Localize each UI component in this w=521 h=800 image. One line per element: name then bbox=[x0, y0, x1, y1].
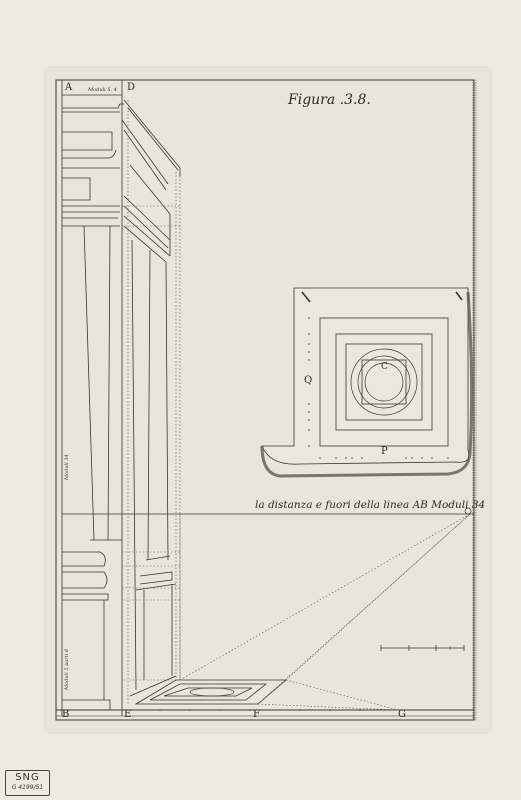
top-modules-note: Moduli 5. 4 bbox=[88, 88, 117, 93]
label-b: B bbox=[62, 710, 69, 720]
label-d: D bbox=[127, 83, 135, 93]
collection-stamp: SNG G 4199/51 bbox=[5, 770, 50, 796]
label-f: F bbox=[253, 710, 260, 720]
side-modules-note: Moduli 34 bbox=[64, 454, 70, 480]
base-modules-note: Moduli 5 parti 8 bbox=[64, 649, 70, 690]
distance-caption: la distanza e fuori della linea AB Modul… bbox=[255, 499, 485, 511]
label-e: E bbox=[124, 710, 131, 720]
label-g: G bbox=[398, 710, 406, 720]
figure-title: Figura .3.8. bbox=[288, 92, 371, 108]
label-c: C bbox=[381, 363, 388, 372]
label-p: P bbox=[381, 447, 388, 457]
paper-sheet: A D Moduli 5. 4 B E F G C P Q Moduli 34 … bbox=[0, 0, 521, 800]
label-a: A bbox=[65, 83, 72, 93]
stamp-inventory: G 4199/51 bbox=[6, 784, 49, 791]
perspective-diagram bbox=[0, 0, 521, 800]
scale-bar bbox=[381, 645, 464, 651]
plan-sheet bbox=[262, 288, 472, 476]
stamp-sng: SNG bbox=[6, 772, 49, 783]
label-q: Q bbox=[304, 376, 312, 386]
